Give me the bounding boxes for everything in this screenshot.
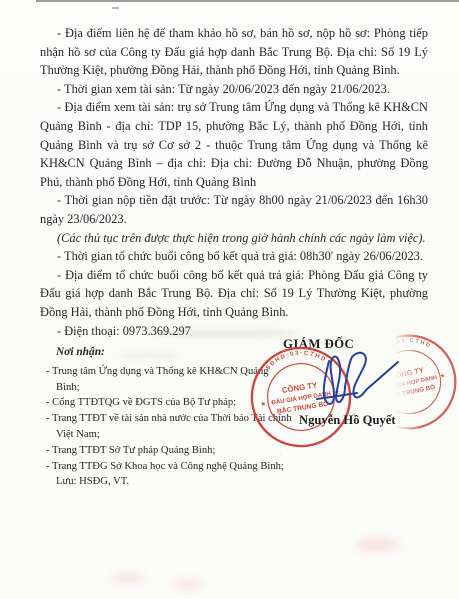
recipients-heading: Nơi nhận: (56, 345, 294, 361)
document-body: - Địa điểm liên hệ để tham khảo hồ sơ, b… (40, 24, 428, 340)
recipient-item: - Trung tâm Ứng dụng và Thống kê KH&CN Q… (40, 364, 294, 396)
bleedthrough-smudge (112, 573, 144, 584)
stamp-star-right: ★ (439, 372, 446, 380)
paragraph-contact-location: - Địa điểm liên hệ để tham khảo hồ sơ, b… (40, 24, 428, 80)
stamp-ring-bottom-text: ĐỒNG HỚI · QUẢNG BÌNH (388, 425, 455, 443)
scan-edge-artifact (36, 0, 459, 2)
recipient-item: - Trang TTĐT Sở Tư pháp Quảng Bình; (40, 443, 294, 459)
paragraph-deposit-time: - Thời gian nộp tiền đặt trước: Từ ngày … (40, 191, 428, 228)
paragraph-viewing-time: - Thời gian xem tài sản: Từ ngày 20/06/2… (40, 80, 428, 99)
scanned-document-page: - Địa điểm liên hệ để tham khảo hồ sơ, b… (0, 0, 459, 599)
scan-dot-artifact (112, 7, 119, 9)
signer-name: Nguyễn Hồ Quyết (299, 413, 396, 428)
recipient-item: - Cổng TTĐTQG về ĐGTS của Bộ Tư pháp; (40, 395, 294, 411)
recipients-block: Nơi nhận: - Trung tâm Ứng dụng và Thống … (40, 345, 294, 490)
archive-note: Lưu: HSĐG, VT. (40, 474, 294, 490)
paragraph-viewing-location: - Địa điểm xem tài sản: trụ sở Trung tâm… (40, 98, 428, 191)
recipient-item: - Trang TTĐT về tài sản nhà nước của Thờ… (40, 411, 294, 443)
bleedthrough-smudge (355, 538, 400, 552)
recipient-item: - Trang TTĐG Sở Khoa học và Công nghệ Qu… (40, 459, 294, 475)
paragraph-result-announcement-location: - Địa điểm tổ chức buổi công bố kết quả … (40, 266, 428, 322)
paragraph-working-hours-note: (Các thủ tục trên được thực hiện trong g… (40, 229, 428, 248)
bleedthrough-smudge (172, 579, 202, 590)
paragraph-phone-number: - Điện thoại: 0973.369.297 (40, 322, 428, 341)
paragraph-result-announcement-time: - Thời gian tổ chức buổi công bố kết quả… (40, 247, 428, 266)
